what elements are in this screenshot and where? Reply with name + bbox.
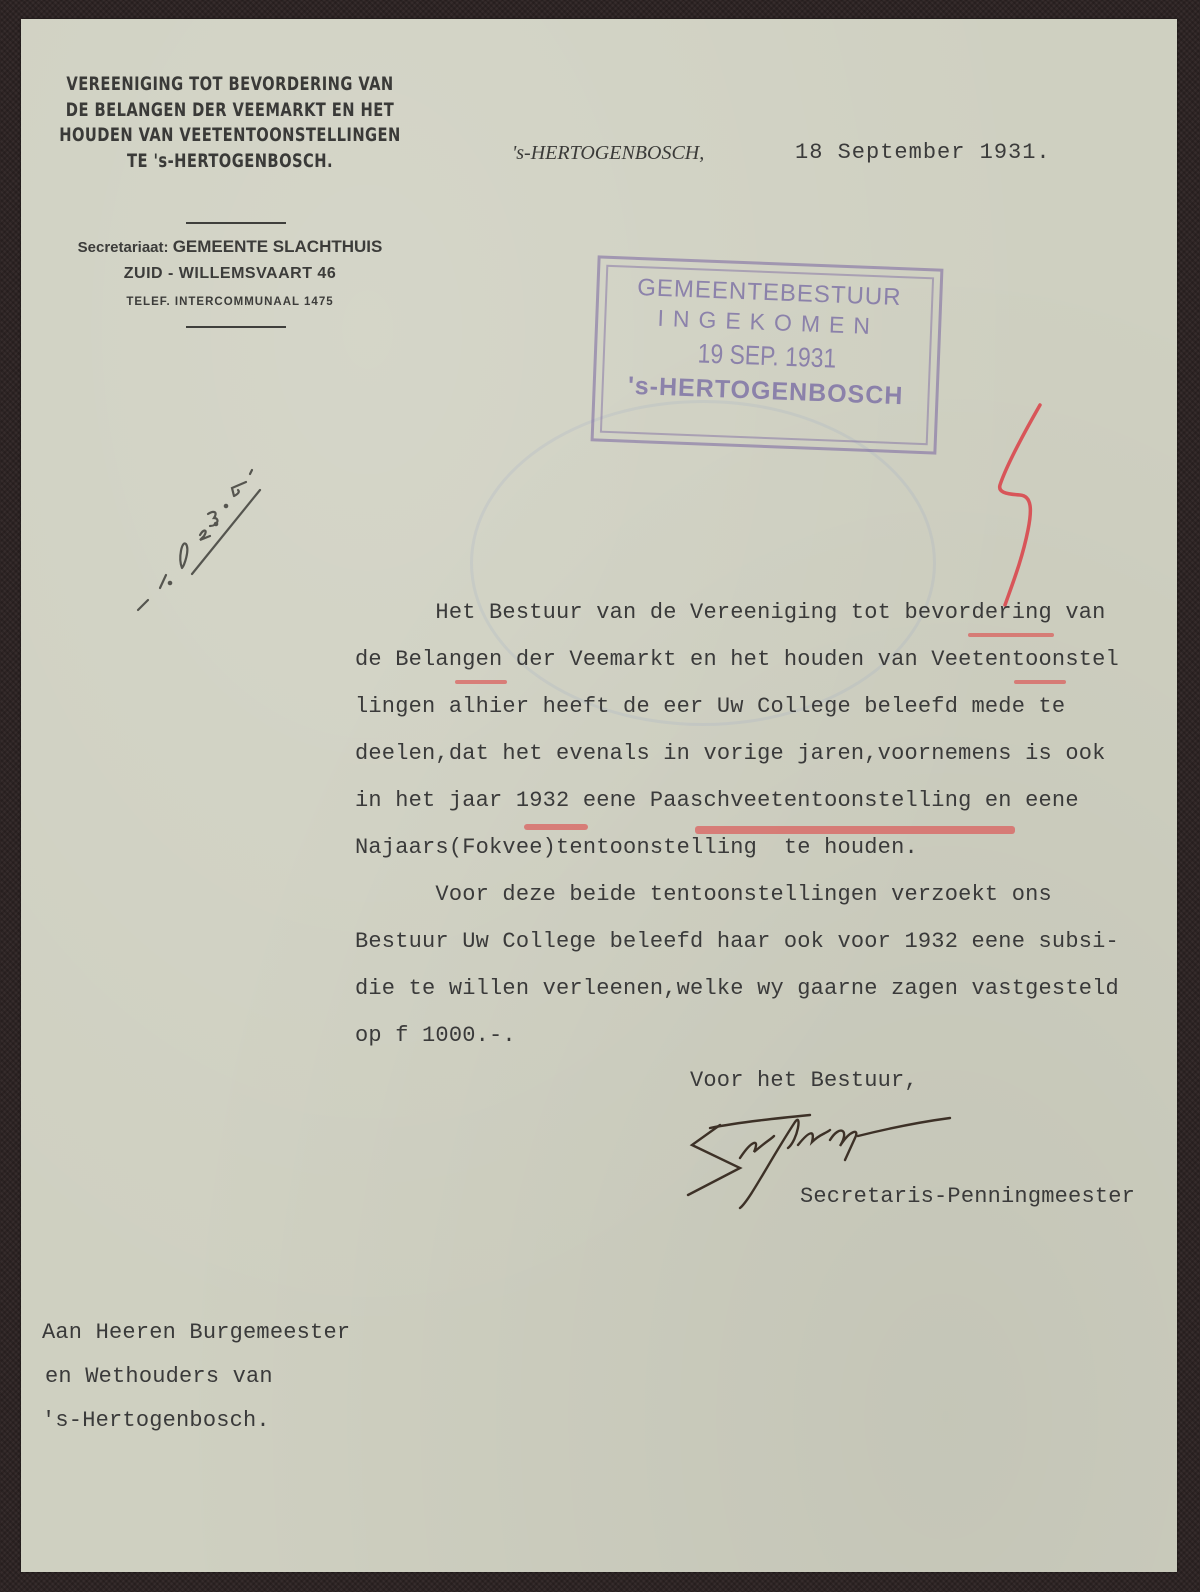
letterhead-line: DE BELANGEN DER VEEMARKT EN HET — [49, 98, 410, 124]
body-line: de Belangen der Veemarkt en het houden v… — [355, 647, 1119, 672]
letterhead-line: TE 's-HERTOGENBOSCH. — [49, 149, 410, 175]
red-underline — [695, 826, 1015, 834]
secretariat-value: GEMEENTE SLACHTHUIS — [173, 237, 383, 256]
addressee-line: en Wethouders van — [45, 1364, 273, 1389]
letterhead-organization: VEREENIGING TOT BEVORDERING VAN DE BELAN… — [49, 72, 410, 174]
dateline-date: 18 September 1931. — [795, 140, 1051, 165]
body-line: die te willen verleenen,welke wy gaarne … — [355, 976, 1119, 1001]
letter-body: Het Bestuur van de Vereeniging tot bevor… — [355, 600, 1175, 1040]
red-pencil-mark-icon — [950, 390, 1070, 610]
body-line: in het jaar 1932 eene Paaschveetentoonst… — [355, 788, 1079, 813]
closing-title: Secretaris-Penningmeester — [800, 1184, 1135, 1209]
received-stamp: GEMEENTEBESTUUR INGEKOMEN 19 SEP. 1931 '… — [591, 255, 944, 454]
body-line: Het Bestuur van de Vereeniging tot bevor… — [355, 600, 1106, 625]
letterhead-divider — [186, 222, 286, 224]
body-line: lingen alhier heeft de eer Uw College be… — [355, 694, 1065, 719]
red-underline — [455, 680, 507, 684]
body-line: Bestuur Uw College beleefd haar ook voor… — [355, 929, 1119, 954]
red-underline — [1014, 680, 1066, 684]
red-underline — [968, 633, 1054, 637]
letterhead-line: HOUDEN VAN VEETENTOONSTELLINGEN — [49, 123, 410, 149]
secretariat-label: Secretariaat: — [78, 239, 169, 256]
body-line: op f 1000.-. — [355, 1023, 516, 1048]
dateline-city: 's-HERTOGENBOSCH, — [512, 142, 704, 165]
letterhead-divider — [186, 326, 286, 328]
body-line: Voor deze beide tentoonstellingen verzoe… — [355, 882, 1052, 907]
addressee-line: Aan Heeren Burgemeester — [42, 1320, 350, 1345]
red-underline — [524, 824, 588, 830]
letterhead-line: VEREENIGING TOT BEVORDERING VAN — [49, 72, 410, 98]
letterhead-phone: TELEF. INTERCOMMUNAAL 1475 — [20, 296, 440, 308]
letterhead-address: ZUID - WILLEMSVAART 46 — [20, 265, 440, 283]
body-line: Najaars(Fokvee)tentoonstelling te houden… — [355, 835, 918, 860]
pencil-annotation-icon — [100, 440, 300, 620]
letterhead-secretariat: Secretariaat: GEMEENTE SLACHTHUIS — [20, 237, 440, 257]
body-line: deelen,dat het evenals in vorige jaren,v… — [355, 741, 1106, 766]
closing-salutation: Voor het Bestuur, — [690, 1068, 918, 1093]
addressee-line: 's-Hertogenbosch. — [42, 1408, 270, 1433]
